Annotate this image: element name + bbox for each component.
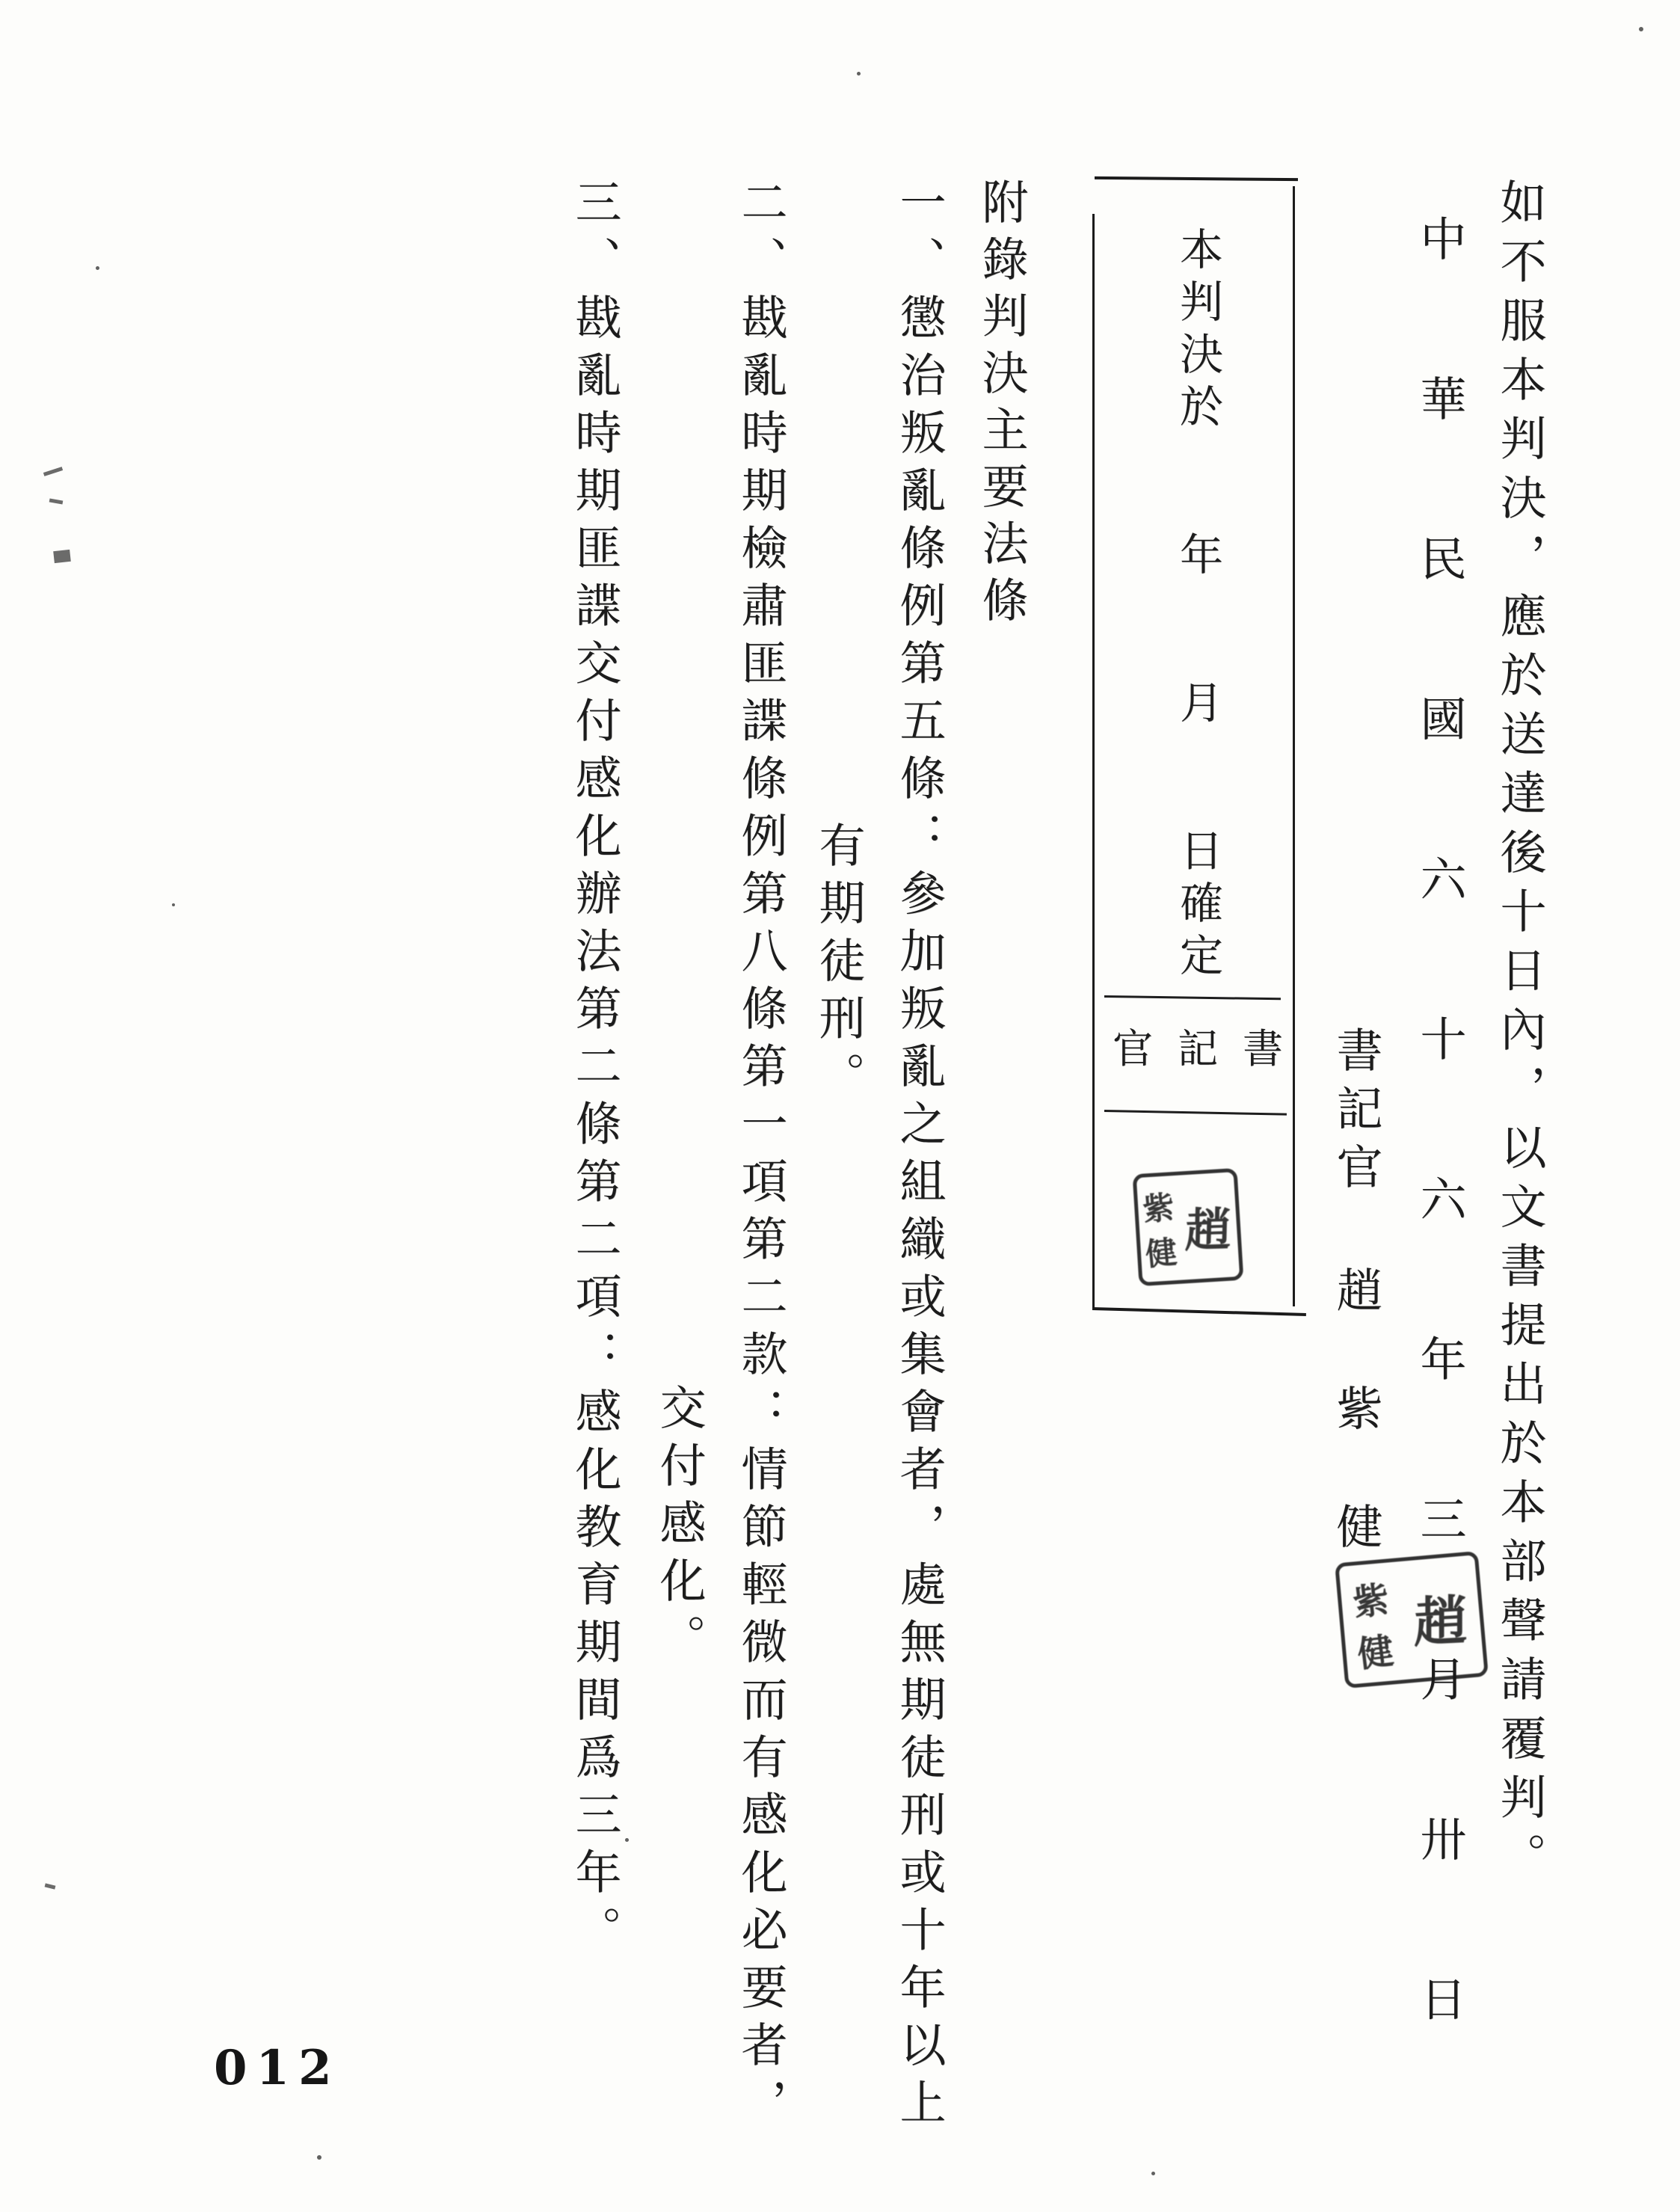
ink-speckle bbox=[96, 266, 99, 270]
box-clerk-label: 書記官 bbox=[1113, 1029, 1283, 1069]
law-item-2-continuation: 交付感化。 bbox=[656, 1383, 702, 1671]
finality-statement: 本判決於年月日確定 bbox=[1176, 227, 1219, 985]
date-line: 中華民國六十六年三月卅日 bbox=[1416, 215, 1462, 2135]
clerk-signature: 書記官趙紫健 bbox=[1332, 1026, 1379, 1620]
clerk-seal-text: 趙 紫 健 bbox=[1338, 1555, 1484, 1684]
seal-char: 紫 bbox=[1350, 1570, 1392, 1626]
finality-box-border-left bbox=[1092, 214, 1095, 1309]
finality-box-border-right bbox=[1293, 186, 1295, 1306]
clerk-title: 書記官 bbox=[1329, 1026, 1383, 1201]
year-label: 年 bbox=[1172, 532, 1223, 584]
box-clerk-label-char: 記 bbox=[1178, 1029, 1218, 1069]
ink-smudge bbox=[43, 467, 63, 476]
law-item-1-continuation: 有期徒刑。 bbox=[815, 821, 861, 1109]
law-item-2: 二、戡亂時期檢肅匪諜條例第八條第一項第二款：情節輕微而有感化必要者， bbox=[737, 178, 784, 2136]
seal-char: 健 bbox=[1355, 1622, 1397, 1677]
seal-char: 趙 bbox=[1184, 1192, 1232, 1260]
ink-speckle bbox=[857, 72, 861, 76]
clerk-seal: 趙 紫 健 bbox=[1335, 1551, 1489, 1689]
finality-statement-prefix: 本判決於 bbox=[1172, 227, 1223, 436]
finality-box-divider-lower bbox=[1104, 1110, 1287, 1116]
page-number: 012 bbox=[214, 2040, 341, 2096]
closing-statement: 如不服本判決，應於送達後十日內，以文書提出於本部聲請覆判。 bbox=[1496, 178, 1542, 1891]
law-item-1: 一、懲治叛亂條例第五條：參加叛亂之組織或集會者，處無期徒刑或十年以上 bbox=[896, 178, 942, 2136]
ink-speckle bbox=[1151, 2172, 1155, 2175]
seal-char: 紫 bbox=[1141, 1182, 1177, 1230]
appendix-heading: 附錄判決主要法條 bbox=[978, 178, 1024, 633]
seal-char: 健 bbox=[1144, 1227, 1180, 1275]
box-clerk-label-char: 官 bbox=[1113, 1029, 1153, 1069]
box-clerk-label-char: 書 bbox=[1243, 1029, 1283, 1069]
ink-speckle bbox=[625, 1838, 629, 1842]
day-suffix: 日確定 bbox=[1172, 828, 1223, 985]
scanned-judgment-page: 如不服本判決，應於送達後十日內，以文書提出於本部聲請覆判。 中華民國六十六年三月… bbox=[0, 0, 1680, 2212]
ink-speckle bbox=[317, 2155, 321, 2160]
finality-box-seal: 趙 紫 健 bbox=[1133, 1168, 1244, 1286]
ink-speckle bbox=[1639, 27, 1643, 31]
month-label: 月 bbox=[1172, 680, 1223, 732]
finality-box-border-top bbox=[1095, 176, 1298, 181]
ink-smudge bbox=[45, 1883, 56, 1889]
finality-box-border-bottom bbox=[1092, 1307, 1306, 1316]
ink-smudge bbox=[49, 498, 64, 504]
ink-speckle bbox=[172, 903, 175, 906]
finality-box-divider-upper bbox=[1104, 995, 1281, 1000]
law-item-3: 三、戡亂時期匪諜交付感化辦法第二條第二項：感化教育期間爲三年。 bbox=[571, 178, 618, 1963]
seal-char: 趙 bbox=[1414, 1577, 1468, 1658]
ink-smudge bbox=[53, 550, 71, 563]
finality-box-seal-text: 趙 紫 健 bbox=[1136, 1172, 1240, 1282]
